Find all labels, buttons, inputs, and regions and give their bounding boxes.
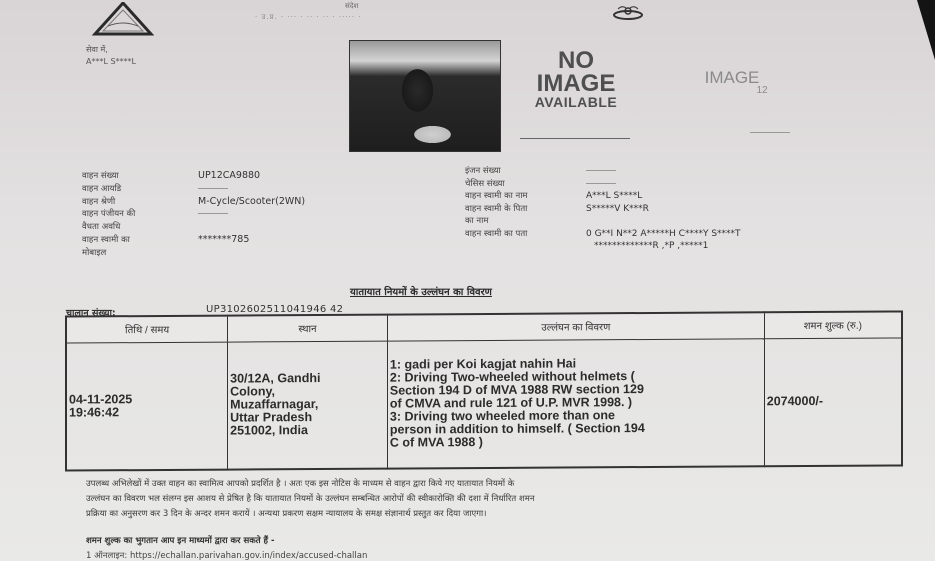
- value-vehicle-category: M-Cycle/Scooter(2WN): [198, 196, 305, 209]
- value-mobile: [198, 247, 305, 260]
- vehicle-detail-labels: वाहन संख्या वाहन आयडि वाहन श्रेणी वाहन प…: [82, 170, 192, 260]
- violation-date: 04-11-2025: [69, 392, 225, 406]
- divider: [750, 132, 790, 133]
- header-subtitle: · उ.प्र. · ··· · ·· · ·· · ····· ·: [255, 13, 362, 22]
- cell-location: 30/12A, Gandhi Colony, Muzaffarnagar, Ut…: [228, 341, 388, 470]
- value-owner-address: 0 G**I N**2 A*****H C****Y S****T: [586, 228, 741, 241]
- violations-section-title: यातायात नियमों के उल्लंघन का विवरण: [350, 284, 492, 298]
- header-fine: शमन शुल्क (रु.): [764, 311, 902, 338]
- recipient-name: A***L S****L: [86, 56, 136, 68]
- value-owner-mobile: *******785: [198, 234, 305, 247]
- table-row: 04-11-2025 19:46:42 30/12A, Gandhi Colon…: [66, 337, 902, 470]
- label-vehicle-category: वाहन श्रेणी: [82, 196, 192, 209]
- label-validity: वैधता अवधि: [82, 221, 192, 234]
- faded-image-line1: IMAGE: [682, 70, 782, 86]
- vehicle-rider-photo: [349, 40, 501, 152]
- cell-fine-amount: 2074000/-: [764, 337, 902, 466]
- location-line: 251002, India: [230, 424, 385, 438]
- notice-line: उल्लंघन का विवरण भल संलग्न इस आशय से प्र…: [86, 492, 535, 507]
- label-owner-address: वाहन स्वामी का पता: [465, 228, 585, 241]
- vehicle-detail-values: UP12CA9880 M-Cycle/Scooter(2WN) *******7…: [198, 170, 305, 260]
- label-engine-number: इंजन संख्या: [465, 165, 585, 178]
- notice-text: उपलब्ध अभिलेखों में उक्त वाहन का स्वामित…: [86, 477, 535, 522]
- label-vehicle-number: वाहन संख्या: [82, 170, 192, 183]
- cell-violations: 1: gadi per Koi kagjat nahin Hai 2: Driv…: [387, 338, 764, 468]
- value-validity: [198, 221, 305, 234]
- emblem-icon: [608, 4, 648, 20]
- label-owner-father-name: का नाम: [465, 215, 585, 228]
- violation-time: 19:46:42: [69, 405, 225, 419]
- label-mobile: मोबाइल: [82, 247, 192, 260]
- value-vehicle-number: UP12CA9880: [198, 170, 305, 183]
- challan-document: सेवा में, A***L S****L संदेश · उ.प्र. · …: [0, 0, 935, 561]
- recipient-label: सेवा में,: [86, 44, 136, 56]
- payment-methods-title: शमन शुल्क का भुगतान आप इन माध्यमों द्वार…: [86, 535, 275, 546]
- notice-line: उपलब्ध अभिलेखों में उक्त वाहन का स्वामित…: [86, 477, 535, 492]
- faded-image-line2: 12: [742, 86, 782, 96]
- value-owner-address-cont: *************R ,*P ,*****1: [586, 240, 741, 253]
- photo-background-edge: [917, 0, 935, 60]
- header-location: स्थान: [228, 315, 388, 342]
- value-engine-number: [586, 165, 741, 178]
- notice-line: प्रक्रिया का अनुसरण कर 3 दिन के अन्दर शम…: [86, 507, 535, 522]
- label-chassis-number: चेसिस संख्या: [465, 178, 585, 191]
- header-datetime: तिथि / समय: [66, 316, 228, 343]
- header-violation-details: उल्लंघन का विवरण: [387, 312, 764, 340]
- no-image-line2: IMAGE: [526, 73, 626, 96]
- violation-line: C of MVA 1988 ): [390, 435, 762, 450]
- cell-datetime: 04-11-2025 19:46:42: [66, 342, 228, 471]
- recipient-block: सेवा में, A***L S****L: [86, 44, 136, 68]
- value-registration: [198, 208, 305, 221]
- no-image-line3: AVAILABLE: [526, 96, 626, 109]
- label-owner-name: वाहन स्वामी का नाम: [465, 190, 585, 203]
- value-owner-father: S*****V K***R: [586, 203, 741, 216]
- divider: [520, 138, 630, 139]
- department-logo-icon: [92, 2, 154, 36]
- owner-detail-values: A***L S****L S*****V K***R 0 G**I N**2 A…: [586, 165, 741, 253]
- violations-table: तिथि / समय स्थान उल्लंघन का विवरण शमन शु…: [65, 310, 903, 471]
- value-chassis-number: [586, 178, 741, 191]
- owner-detail-labels: इंजन संख्या चेसिस संख्या वाहन स्वामी का …: [465, 165, 585, 240]
- header-title: संदेश: [345, 2, 358, 11]
- faded-image-placeholder: IMAGE 12: [682, 70, 782, 96]
- label-registration: वाहन पंजीयन की: [82, 208, 192, 221]
- value-vehicle-id: [198, 183, 305, 196]
- payment-option-online: 1 ऑनलाइन: https://echallan.parivahan.gov…: [86, 550, 367, 561]
- value-blank: [586, 215, 741, 228]
- label-vehicle-id: वाहन आयडि: [82, 183, 192, 196]
- label-owner-father: वाहन स्वामी के पिता: [465, 203, 585, 216]
- no-image-placeholder: NO IMAGE AVAILABLE: [526, 50, 626, 109]
- label-owner-mobile: वाहन स्वामी का: [82, 234, 192, 247]
- value-owner-name: A***L S****L: [586, 190, 741, 203]
